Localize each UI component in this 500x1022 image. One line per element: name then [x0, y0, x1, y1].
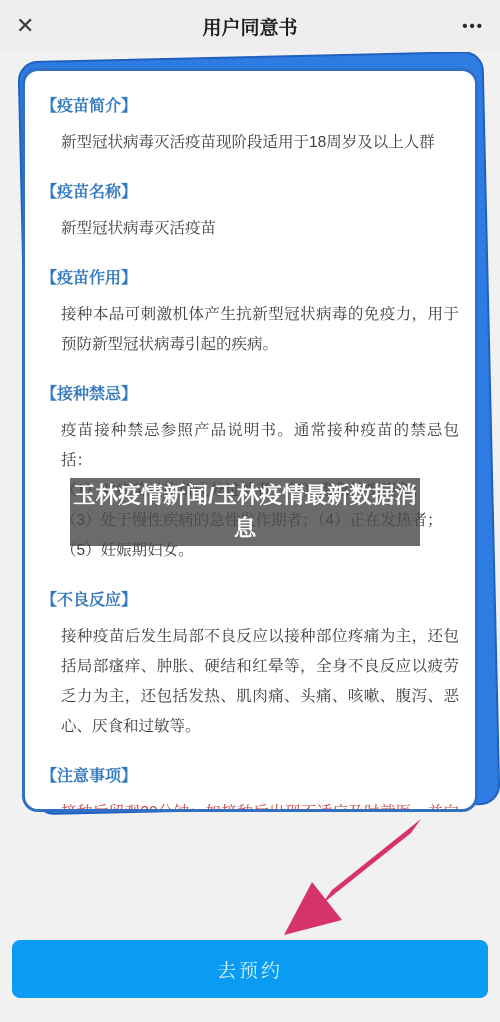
section-title: 【接种禁忌】: [41, 381, 459, 404]
watermark-caption: 玉林疫情新闻/玉林疫情最新数据消息: [70, 478, 420, 546]
section-vaccine-name: 【疫苗名称】 新型冠状病毒灭活疫苗: [41, 179, 459, 244]
more-menu-icon[interactable]: •••: [462, 18, 484, 35]
page-title: 用户同意书: [202, 13, 297, 40]
section-paragraph: 新型冠状病毒灭活疫苗现阶段适用于18周岁及以上人群: [41, 128, 459, 158]
arrow-annotation-icon: [268, 813, 430, 943]
consent-card: 【疫苗简介】 新型冠状病毒灭活疫苗现阶段适用于18周岁及以上人群 【疫苗名称】 …: [22, 68, 478, 812]
section-title: 【不良反应】: [41, 587, 459, 610]
navbar: ✕ 用户同意书 •••: [0, 0, 500, 52]
section-paragraph: 新型冠状病毒灭活疫苗: [41, 214, 459, 244]
section-paragraph: 接种本品可刺激机体产生抗新型冠状病毒的免疫力，用于预防新型冠状病毒引起的疾病。: [41, 300, 459, 360]
go-appointment-button[interactable]: 去预约: [12, 940, 488, 998]
close-icon[interactable]: ✕: [16, 15, 34, 37]
section-title: 【注意事项】: [41, 763, 459, 786]
section-title: 【疫苗作用】: [41, 265, 459, 288]
section-paragraph: 接种疫苗后发生局部不良反应以接种部位疼痛为主，还包括局部瘙痒、肿胀、硬结和红晕等…: [41, 622, 459, 742]
section-adverse-reactions: 【不良反应】 接种疫苗后发生局部不良反应以接种部位疼痛为主，还包括局部瘙痒、肿胀…: [41, 587, 459, 742]
section-vaccine-intro: 【疫苗简介】 新型冠状病毒灭活疫苗现阶段适用于18周岁及以上人群: [41, 93, 459, 158]
section-paragraph: 疫苗接种禁忌参照产品说明书。通常接种疫苗的禁忌包括：: [41, 416, 459, 476]
section-precautions: 【注意事项】 接种后留观30分钟；如接种后出现不适应及时就医，并向所在接种单位报…: [41, 763, 459, 812]
section-paragraph-warning: 接种后留观30分钟；如接种后出现不适应及时就医，并向所在接种单位报告。与其他疫苗…: [41, 798, 459, 812]
section-title: 【疫苗名称】: [41, 179, 459, 202]
section-vaccine-effect: 【疫苗作用】 接种本品可刺激机体产生抗新型冠状病毒的免疫力，用于预防新型冠状病毒…: [41, 265, 459, 360]
app-screen: ✕ 用户同意书 ••• 【疫苗简介】 新型冠状病毒灭活疫苗现阶段适用于18周岁及…: [0, 0, 500, 1022]
section-title: 【疫苗简介】: [41, 93, 459, 116]
